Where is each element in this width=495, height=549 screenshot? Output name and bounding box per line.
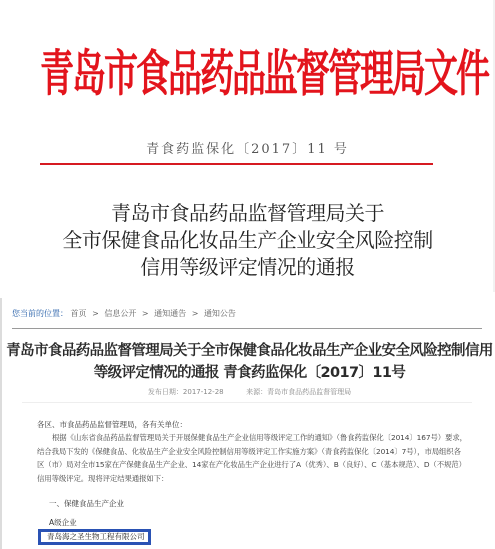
breadcrumb: 您当前的位置： 首页 > 信息公开 > 通知通告 > 通知公告 (12, 308, 236, 319)
salutation: 各区、市食品药品监督管理局，各有关单位： (37, 419, 187, 430)
breadcrumb-separator: > (192, 309, 199, 318)
article-title: 青岛市食品药品监督管理局关于全市保健食品化妆品生产企业安全风险控制信用 等级评定… (2, 340, 495, 384)
red-divider (40, 163, 433, 165)
title-line: 等级评定情况的通报 青食药监保化〔2017〕11号 (2, 362, 495, 384)
section-heading: 一、保健食品生产企业 (49, 498, 124, 509)
breadcrumb-announcements[interactable]: 通知公告 (204, 309, 236, 318)
heading-line: 全市保健食品化妆品生产企业安全风险控制 (0, 227, 495, 254)
official-document-header: 青岛市食品药品监督管理局文件 青食药监保化〔2017〕11 号 青岛市食品药品监… (0, 0, 495, 292)
publish-date: 2017-12-28 (183, 388, 224, 396)
meta-divider (22, 402, 472, 403)
website-notice-page: 您当前的位置： 首页 > 信息公开 > 通知通告 > 通知公告 青岛市食品药品监… (0, 298, 495, 549)
breadcrumb-prefix: 您当前的位置： (12, 309, 68, 318)
breadcrumb-info-public[interactable]: 信息公开 (104, 309, 136, 318)
heading-line: 青岛市食品药品监督管理局关于 (0, 200, 495, 227)
breadcrumb-divider (12, 328, 482, 329)
grade-label: A级企业 (49, 517, 77, 528)
document-heading: 青岛市食品药品监督管理局关于 全市保健食品化妆品生产企业安全风险控制 信用等级评… (0, 200, 495, 281)
breadcrumb-home[interactable]: 首页 (71, 309, 87, 318)
highlighted-company: 青岛海之圣生物工程有限公司 (38, 529, 151, 545)
body-paragraph: 根据《山东省食品药品监督管理局关于开展保健食品生产企业信用等级评定工作的通知》（… (37, 431, 467, 485)
title-line: 青岛市食品药品监督管理局关于全市保健食品化妆品生产企业安全风险控制信用 (2, 340, 495, 362)
article-meta: 发布日期：2017-12-28 来源：青岛市食品药品监督管理局 (2, 387, 495, 397)
breadcrumb-notices[interactable]: 通知通告 (154, 309, 186, 318)
article-source: 青岛市食品药品监督管理局 (267, 388, 351, 396)
heading-line: 信用等级评定情况的通报 (0, 254, 495, 281)
document-red-title: 青岛市食品药品监督管理局文件 (40, 34, 440, 105)
breadcrumb-separator: > (92, 309, 99, 318)
source-label: 来源： (246, 388, 267, 396)
date-label: 发布日期： (148, 388, 183, 396)
breadcrumb-separator: > (142, 309, 149, 318)
document-number: 青食药监保化〔2017〕11 号 (0, 138, 495, 157)
